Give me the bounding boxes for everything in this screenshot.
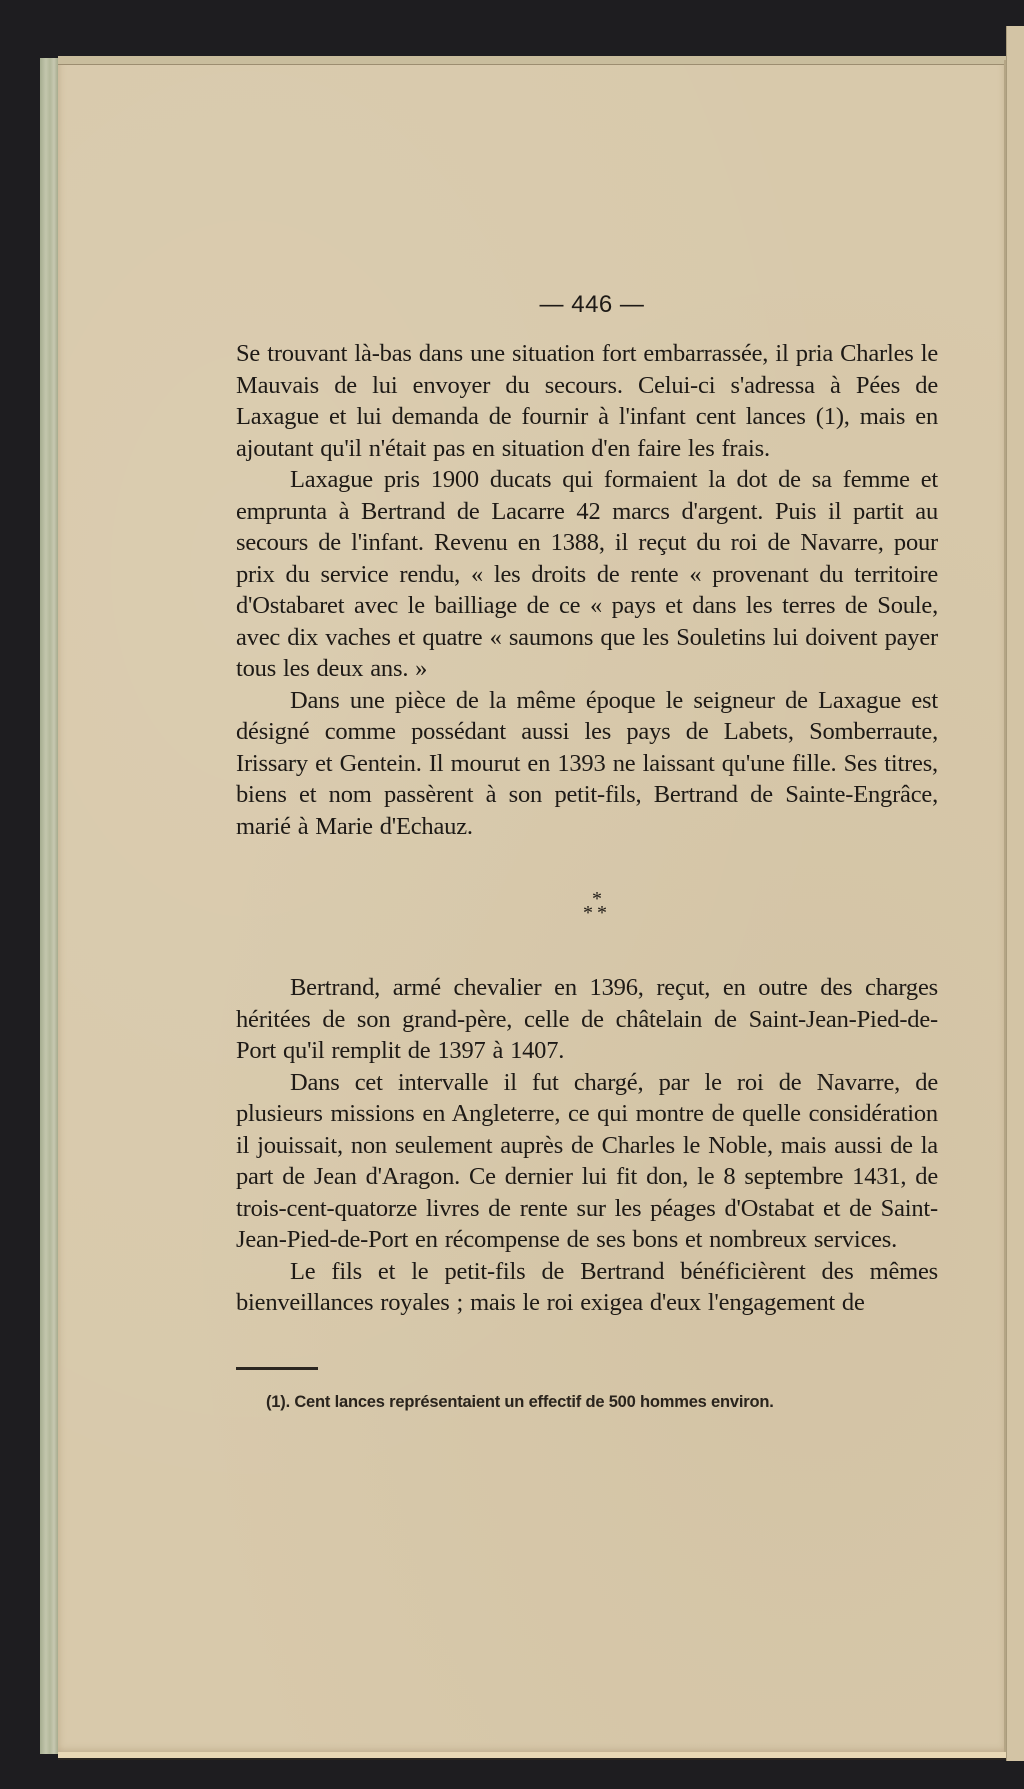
paragraph-6: Le fils et le petit-fils de Bertrand bén… [236,1256,938,1319]
paragraph-2: Laxague pris 1900 ducats qui formaient l… [236,464,938,685]
asterism-bottom: ** [256,906,938,920]
page-content: — 446 — Se trouvant là-bas dans une situ… [236,290,938,1412]
paragraph-3: Dans une pièce de la même époque le seig… [236,685,938,843]
paragraph-1: Se trouvant là-bas dans une situation fo… [236,338,938,464]
section-separator-asterism: * ** [236,892,938,920]
page-number: — 446 — [236,290,938,320]
paragraph-5: Dans cet intervalle il fut chargé, par l… [236,1067,938,1256]
torn-top-edge [58,56,1006,65]
next-page-edge [1006,26,1024,1761]
page-fold [1004,60,1006,1755]
footnote: (1). Cent lances représentaient un effec… [236,1392,938,1412]
footnote-rule [236,1367,318,1370]
page-bottom-edge [58,1752,1006,1760]
paragraph-4: Bertrand, armé chevalier en 1396, reçut,… [236,972,938,1067]
